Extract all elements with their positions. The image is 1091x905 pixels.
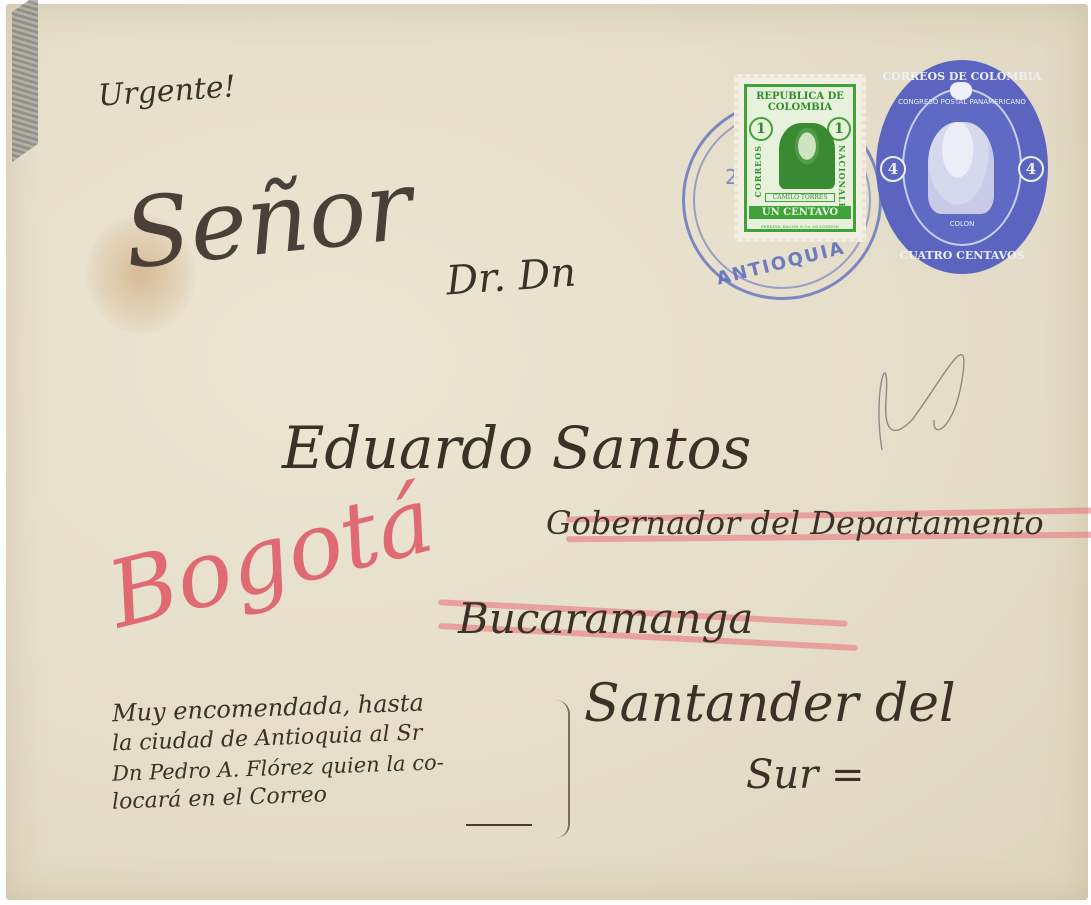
salutation: Señor	[119, 149, 417, 291]
indicium-value-left: 4	[880, 156, 906, 182]
stamp-portrait-name: CAMILO TORRES	[765, 193, 835, 202]
indicium-top-text: CORREOS DE COLOMBIA	[876, 70, 1048, 83]
side-note-bracket	[546, 700, 570, 838]
recipient-name: Eduardo Santos	[282, 414, 751, 482]
stamp-value-left: 1	[749, 117, 773, 141]
side-note-line: locará en el Correo	[112, 782, 328, 814]
envelope: Urgente! Señor Dr. Dn Bogotá Eduardo San…	[6, 4, 1088, 900]
forwarding-city: Bogotá	[98, 466, 443, 649]
struck-city: Bucaramanga	[458, 594, 753, 643]
pencil-mark	[872, 330, 972, 450]
stamp-country: REPUBLICA DE COLOMBIA	[747, 91, 853, 113]
indicium-value-right: 4	[1018, 156, 1044, 182]
department-line-1: Santander del	[584, 674, 956, 734]
recipient-title: Dr. Dn	[445, 250, 578, 305]
indicium-denomination: CUATRO CENTAVOS	[876, 249, 1048, 262]
stamp-frame: REPUBLICA DE COLOMBIA 1 1 CORREOS NACION…	[744, 84, 856, 232]
stamp-denomination: UN CENTAVO	[749, 206, 851, 219]
stamp-one-centavo: REPUBLICA DE COLOMBIA 1 1 CORREOS NACION…	[734, 74, 866, 242]
side-note-underline	[466, 824, 532, 826]
stamp-side-left: CORREOS	[753, 145, 763, 197]
department-line-2: Sur =	[746, 752, 865, 798]
stamp-four-centavos: CORREOS DE COLOMBIA CONGRESO POSTAL PANA…	[876, 60, 1048, 274]
tape-remnant	[12, 0, 38, 162]
side-note-line: la ciudad de Antioquia al Sr	[112, 721, 423, 757]
side-note-line: Dn Pedro A. Flórez quien la co-	[112, 750, 444, 786]
stamp-printer: PERKINS, BACON & Co. LD LONDON	[747, 224, 853, 229]
stamp-country-line-2: COLOMBIA	[768, 102, 832, 113]
stamp-country-line-1: REPUBLICA DE	[756, 91, 844, 102]
portrait-icon	[779, 123, 835, 189]
recipient-position: Gobernador del Departamento	[546, 504, 1044, 542]
portrait-icon	[928, 122, 994, 214]
urgent-note: Urgente!	[97, 69, 237, 114]
indicium-portrait-name: COLON	[876, 220, 1048, 228]
indicium-inner-text: CONGRESO POSTAL PANAMERICANO	[876, 98, 1048, 106]
